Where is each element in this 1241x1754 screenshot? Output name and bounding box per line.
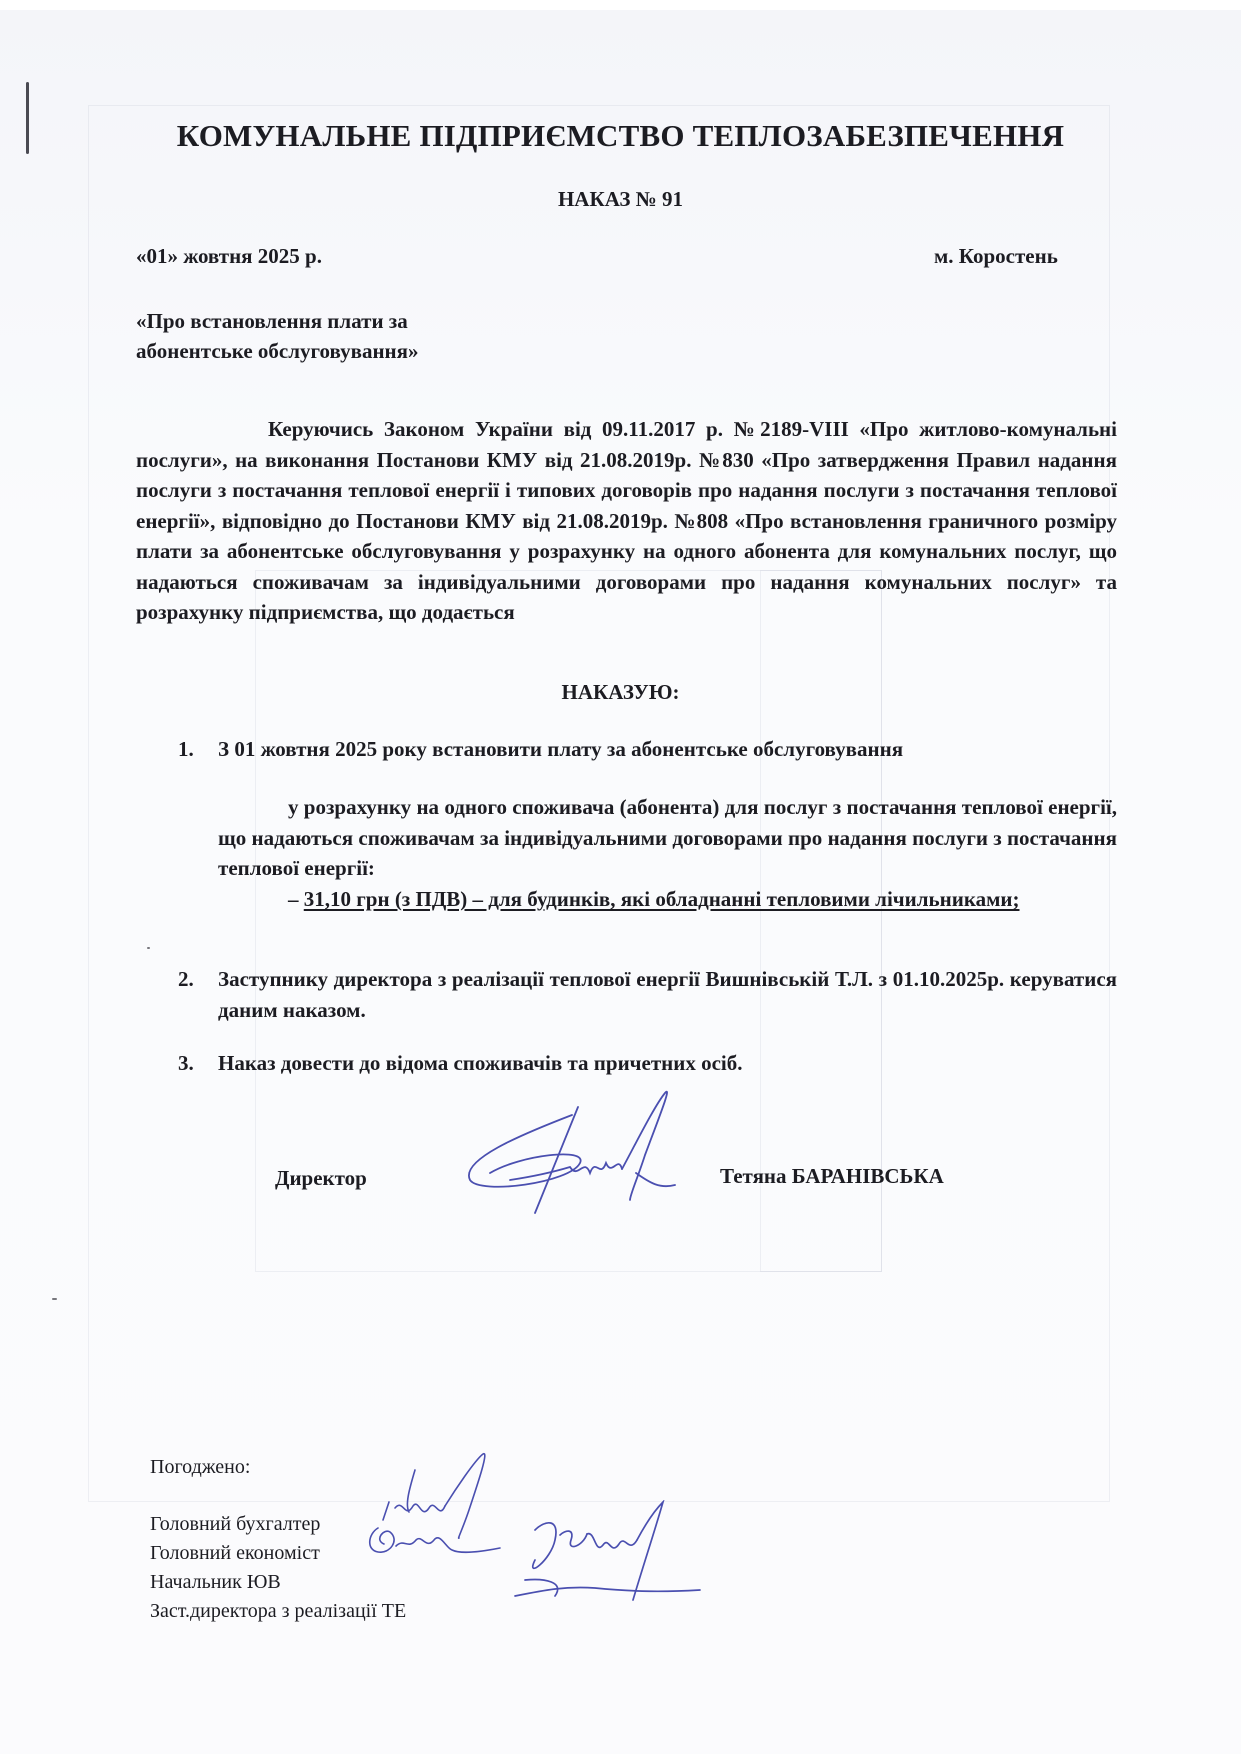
rate-text: 31,10 грн (з ПДВ) – для будинків, які об… xyxy=(304,887,1020,911)
item-number: 3. xyxy=(178,1048,194,1079)
director-name: Тетяна БАРАНІВСЬКА xyxy=(720,1164,944,1189)
subject-line-1: «Про встановлення плати за xyxy=(136,306,636,336)
rate-dash: – xyxy=(288,887,304,911)
head-legal-signature-icon xyxy=(505,1500,705,1610)
item-number: 1. xyxy=(178,734,194,765)
approval-role: Начальник ЮВ xyxy=(150,1568,406,1597)
approvals-heading: Погоджено: xyxy=(150,1453,406,1482)
approval-role: Заст.директора з реалізації ТЕ xyxy=(150,1597,406,1626)
item-text: З 01 жовтня 2025 року встановити плату з… xyxy=(218,734,903,765)
order-date: «01» жовтня 2025 р. xyxy=(136,244,322,269)
scan-top-border xyxy=(0,0,1241,10)
preamble-paragraph: Керуючись Законом України від 09.11.2017… xyxy=(136,414,1117,628)
order-subject: «Про встановлення плати за абонентське о… xyxy=(136,306,636,366)
subject-line-2: абонентське обслуговування» xyxy=(136,336,636,366)
chief-economist-signature-icon xyxy=(360,1510,510,1570)
order-city: м. Коростень xyxy=(934,244,1058,269)
order-number: НАКАЗ № 91 xyxy=(0,187,1241,212)
rate-line: – 31,10 грн (з ПДВ) – для будинків, які … xyxy=(218,884,1117,915)
organization-title: КОМУНАЛЬНЕ ПІДПРИЄМСТВО ТЕПЛОЗАБЕЗПЕЧЕНН… xyxy=(0,118,1241,154)
item-number: 2. xyxy=(178,964,194,995)
director-role: Директор xyxy=(275,1166,367,1191)
director-signature-icon xyxy=(460,1085,720,1215)
scan-speck xyxy=(147,947,150,949)
scan-speck xyxy=(52,1298,57,1300)
order-item-1-continuation: у розрахунку на одного споживача (абонен… xyxy=(218,792,1117,884)
item-text: Заступнику директора з реалізації теплов… xyxy=(218,964,1117,1025)
order-heading: НАКАЗУЮ: xyxy=(0,680,1241,705)
item-text: Наказ довести до відома споживачів та пр… xyxy=(218,1048,743,1079)
